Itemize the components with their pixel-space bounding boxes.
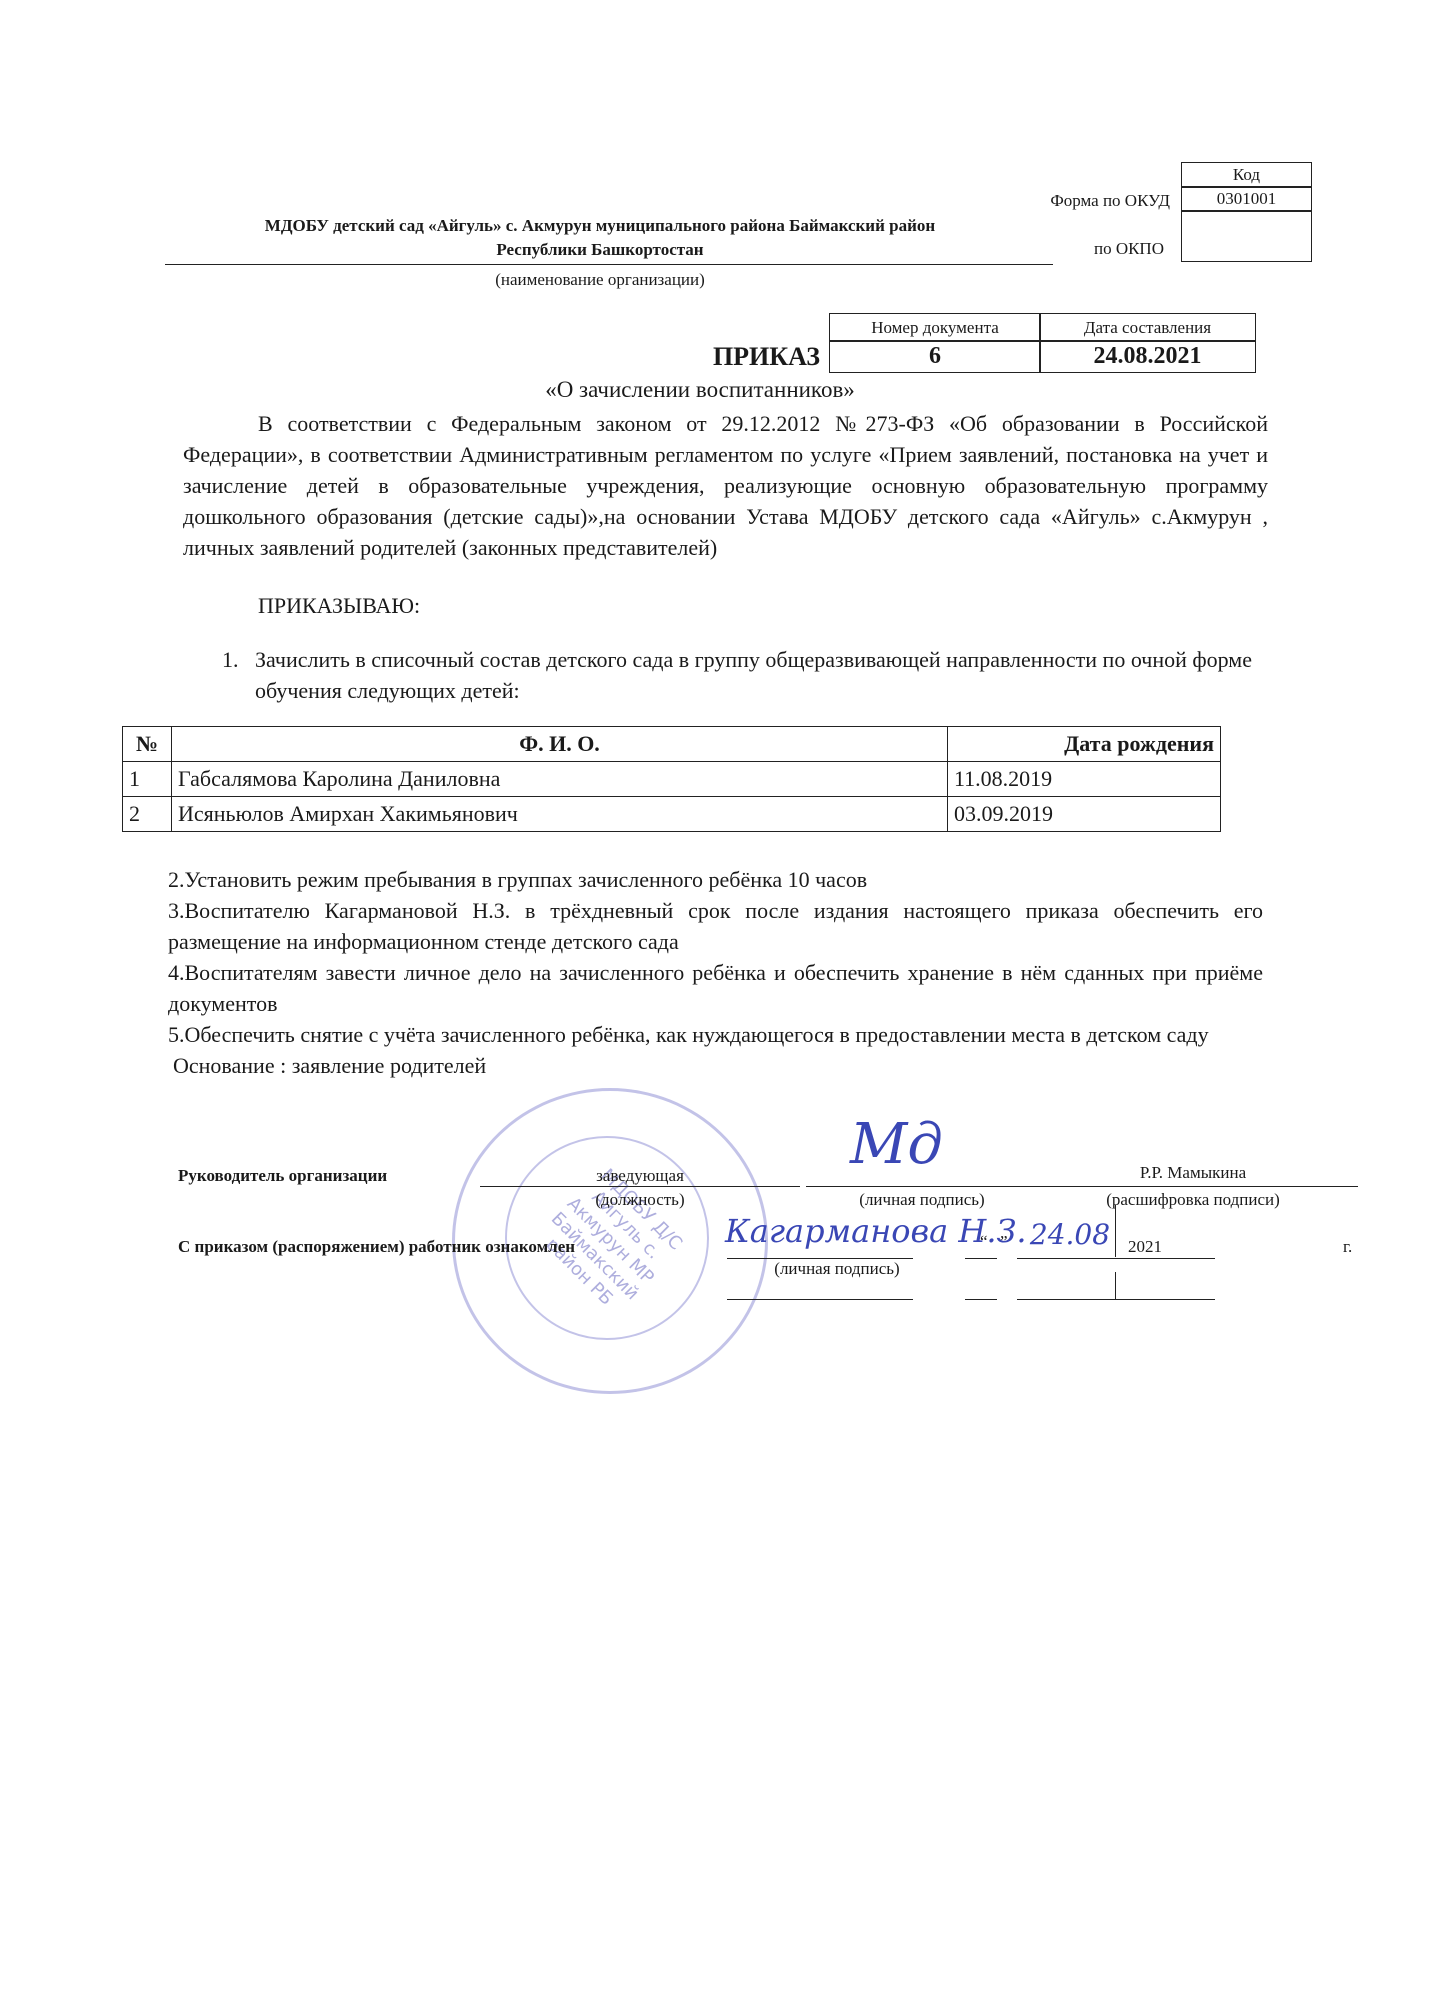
date-divider — [1115, 1205, 1116, 1257]
org-caption: (наименование организации) — [150, 270, 1050, 290]
table-row: 1 Габсалямова Каролина Даниловна 11.08.2… — [123, 762, 1221, 797]
doc-date: 24.08.2021 — [1039, 340, 1256, 373]
children-table: № Ф. И. О. Дата рождения 1 Габсалямова К… — [122, 726, 1221, 832]
head-signature-line — [806, 1186, 1038, 1187]
table-header-row: № Ф. И. О. Дата рождения — [123, 727, 1221, 762]
order-item-5: 5.Обеспечить снятие с учёта зачисленного… — [168, 1019, 1263, 1050]
order-subject: «О зачислении воспитанников» — [400, 377, 1000, 403]
order-item-3: 3.Воспитателю Кагармановой Н.З. в трёхдн… — [168, 895, 1263, 957]
preamble: В соответствии с Федеральным законом от … — [183, 408, 1268, 563]
order-item-4: 4.Воспитателям завести личное дело на за… — [168, 957, 1263, 1019]
ack-day-line — [965, 1258, 997, 1259]
blank-line-3 — [1017, 1299, 1215, 1300]
row-birth-date: 03.09.2019 — [948, 797, 1221, 832]
okpo-code-cell — [1181, 210, 1312, 262]
blank-date-divider — [1115, 1272, 1116, 1299]
org-name-line2: Республики Башкортостан — [150, 240, 1050, 260]
head-name-caption: (расшифровка подписи) — [1028, 1190, 1358, 1210]
okud-label: Форма по ОКУД — [1000, 191, 1170, 211]
ack-month-line — [1017, 1258, 1215, 1259]
order-items: 2.Установить режим пребывания в группах … — [168, 864, 1263, 1081]
basis: Основание : заявление родителей — [168, 1050, 1263, 1081]
col-number: № — [123, 727, 172, 762]
row-number: 1 — [123, 762, 172, 797]
head-label: Руководитель организации — [178, 1166, 387, 1186]
doc-number-label: Номер документа — [829, 313, 1041, 342]
col-full-name: Ф. И. О. — [172, 727, 948, 762]
ack-label: С приказом (распоряжением) работник озна… — [178, 1237, 575, 1257]
blank-line-1 — [727, 1299, 913, 1300]
col-birth-date: Дата рождения — [948, 727, 1221, 762]
position-value: заведующая — [480, 1166, 800, 1186]
doc-date-label: Дата составления — [1039, 313, 1256, 342]
doc-number: 6 — [829, 340, 1041, 373]
year-suffix: г. — [1343, 1237, 1352, 1257]
row-birth-date: 11.08.2019 — [948, 762, 1221, 797]
quote-close: ” — [1000, 1232, 1008, 1252]
blank-line-2 — [965, 1299, 997, 1300]
row-full-name: Габсалямова Каролина Даниловна — [172, 762, 948, 797]
head-signature-caption: (личная подпись) — [806, 1190, 1038, 1210]
ack-year: 2021 — [1128, 1237, 1162, 1257]
org-name-underline — [165, 264, 1053, 265]
head-signature: Мд — [850, 1112, 943, 1177]
item1-text: Зачислить в списочный состав детского са… — [255, 644, 1255, 706]
row-number: 2 — [123, 797, 172, 832]
position-line — [480, 1186, 800, 1187]
ack-date: 24.08 — [1020, 1218, 1120, 1251]
okud-code-cell: 0301001 — [1181, 186, 1312, 212]
ack-signature-caption: (личная подпись) — [727, 1259, 947, 1279]
code-header-cell: Код — [1181, 162, 1312, 188]
order-word: ПРИКАЗЫВАЮ: — [258, 590, 420, 621]
order-item-2: 2.Установить режим пребывания в группах … — [168, 864, 1263, 895]
table-row: 2 Исяньюлов Амирхан Хакимьянович 03.09.2… — [123, 797, 1221, 832]
order-title: ПРИКАЗ — [600, 342, 820, 372]
position-caption: (должность) — [480, 1190, 800, 1210]
quote-open: “ — [980, 1232, 988, 1252]
row-full-name: Исяньюлов Амирхан Хакимьянович — [172, 797, 948, 832]
item1-number: 1. — [222, 644, 239, 675]
org-name-line1: МДОБУ детский сад «Айгуль» с. Акмурун му… — [150, 216, 1050, 236]
head-name: Р.Р. Мамыкина — [1028, 1163, 1358, 1183]
head-name-line — [1028, 1186, 1358, 1187]
